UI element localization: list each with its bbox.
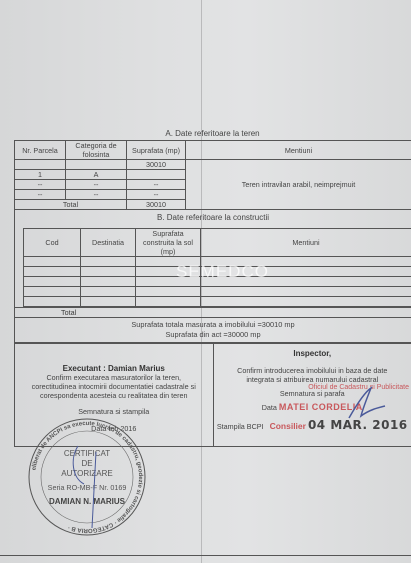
land-total-value: 30010 — [127, 200, 186, 210]
section-b-title: B. Date referitoare la constructii — [15, 210, 411, 228]
land-table: Nr. Parcela Categoria de folosinta Supra… — [14, 140, 411, 210]
cell: -- — [66, 180, 127, 190]
executant-text: corectitudinea intocmirii documentatiei … — [15, 382, 213, 391]
col-suprafata: Suprafata (mp) — [127, 141, 186, 160]
col-mentiuni: Mentiuni — [186, 141, 411, 160]
section-a-title: A. Date referitoare la teren — [14, 128, 411, 140]
land-total-label: Total — [15, 200, 127, 210]
col-categoria: Categoria de folosinta — [66, 141, 127, 160]
deed-area: Suprafata din act =30000 mp — [15, 330, 411, 340]
cell — [127, 170, 186, 180]
col-destinatia: Destinatia — [81, 229, 136, 257]
cell — [15, 160, 66, 170]
total-area: Suprafata totala masurata a imobilului =… — [15, 320, 411, 330]
inspector-text: Confirm introducerea imobilului in baza … — [214, 366, 411, 375]
cell: 30010 — [127, 160, 186, 170]
executant-text: Confirm executarea masuratorilor la tere… — [15, 373, 213, 382]
svg-text:CERTIFICAT: CERTIFICAT — [64, 449, 110, 458]
authorization-stamp-icon: eliberat de ANCPI sa execute lucrari de … — [26, 418, 148, 536]
cell: -- — [127, 180, 186, 190]
cell: -- — [15, 180, 66, 190]
col-cod: Cod — [24, 229, 81, 257]
cell: -- — [66, 190, 127, 200]
executant-text: corespondenta acesteia cu realitatea din… — [15, 391, 213, 400]
construction-total-label: Total — [15, 307, 411, 317]
land-mentiuni: Teren intravilan arabil, neimprejmuit — [186, 160, 411, 210]
executant-title: Executant : Damian Marius — [15, 364, 213, 373]
col-suprafata-construita: Suprafata construita la sol (mp) — [136, 229, 201, 257]
cell: -- — [15, 190, 66, 200]
cell — [66, 160, 127, 170]
inspector-block: Inspector, Confirm introducerea imobilul… — [214, 344, 411, 446]
svg-text:AUTORIZARE: AUTORIZARE — [61, 469, 112, 478]
bcpi-label: Stampila BCPI — [217, 422, 264, 431]
svg-text:Seria RO-MB-F Nr. 0169: Seria RO-MB-F Nr. 0169 — [48, 483, 127, 492]
inspector-date-label: Data — [262, 403, 277, 412]
watermark: SEMEDCO — [176, 262, 269, 282]
cell: 1 — [15, 170, 66, 180]
inspector-text: integrata si atribuirea numarului cadast… — [214, 375, 411, 384]
cadastral-form: A. Date referitoare la teren Nr. Parcela… — [14, 128, 411, 447]
col-mentiuni: Mentiuni — [201, 229, 411, 257]
cell: -- — [127, 190, 186, 200]
inspector-title: Inspector, — [214, 349, 411, 358]
col-nr-parcela: Nr. Parcela — [15, 141, 66, 160]
svg-text:DE: DE — [81, 459, 92, 468]
executant-signature-label: Semnatura si stampila — [15, 407, 213, 416]
svg-text:DAMIAN N. MARIUS: DAMIAN N. MARIUS — [49, 497, 126, 506]
signature-scribble-icon — [339, 384, 389, 424]
role-stamp: Consilier — [270, 421, 306, 431]
cell: A — [66, 170, 127, 180]
bottom-border — [0, 555, 411, 556]
